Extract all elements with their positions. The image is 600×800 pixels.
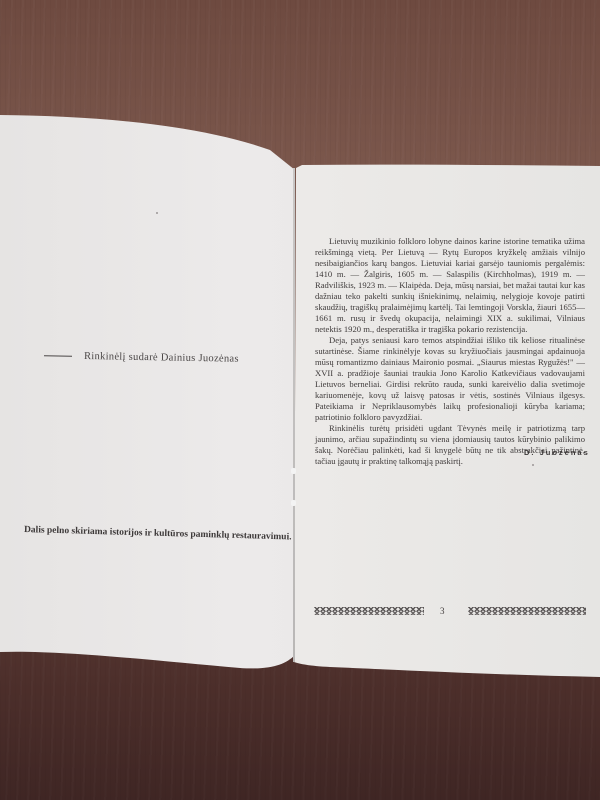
paragraph: Rinkinėlis turėtų prisidėti ugdant Tėvyn…: [315, 423, 585, 467]
paper-speck: [156, 212, 158, 214]
zigzag-ornament-icon: [468, 607, 586, 615]
page-number: 3: [440, 606, 445, 616]
paragraph: Lietuvių muzikinio folkloro lobyne daino…: [315, 236, 585, 335]
author-signature: D. Juozėnas: [524, 448, 590, 457]
staple-bottom: [291, 500, 296, 506]
paragraph: Deja, patys seniausi karo temos atspindž…: [315, 335, 585, 423]
page-footer: 3: [314, 604, 586, 618]
zigzag-ornament-icon: [314, 607, 424, 615]
booklet-spine: [293, 168, 295, 662]
staple-top: [291, 468, 296, 474]
dash-rule: [44, 355, 72, 356]
foreword-text: Lietuvių muzikinio folkloro lobyne daino…: [315, 236, 585, 467]
